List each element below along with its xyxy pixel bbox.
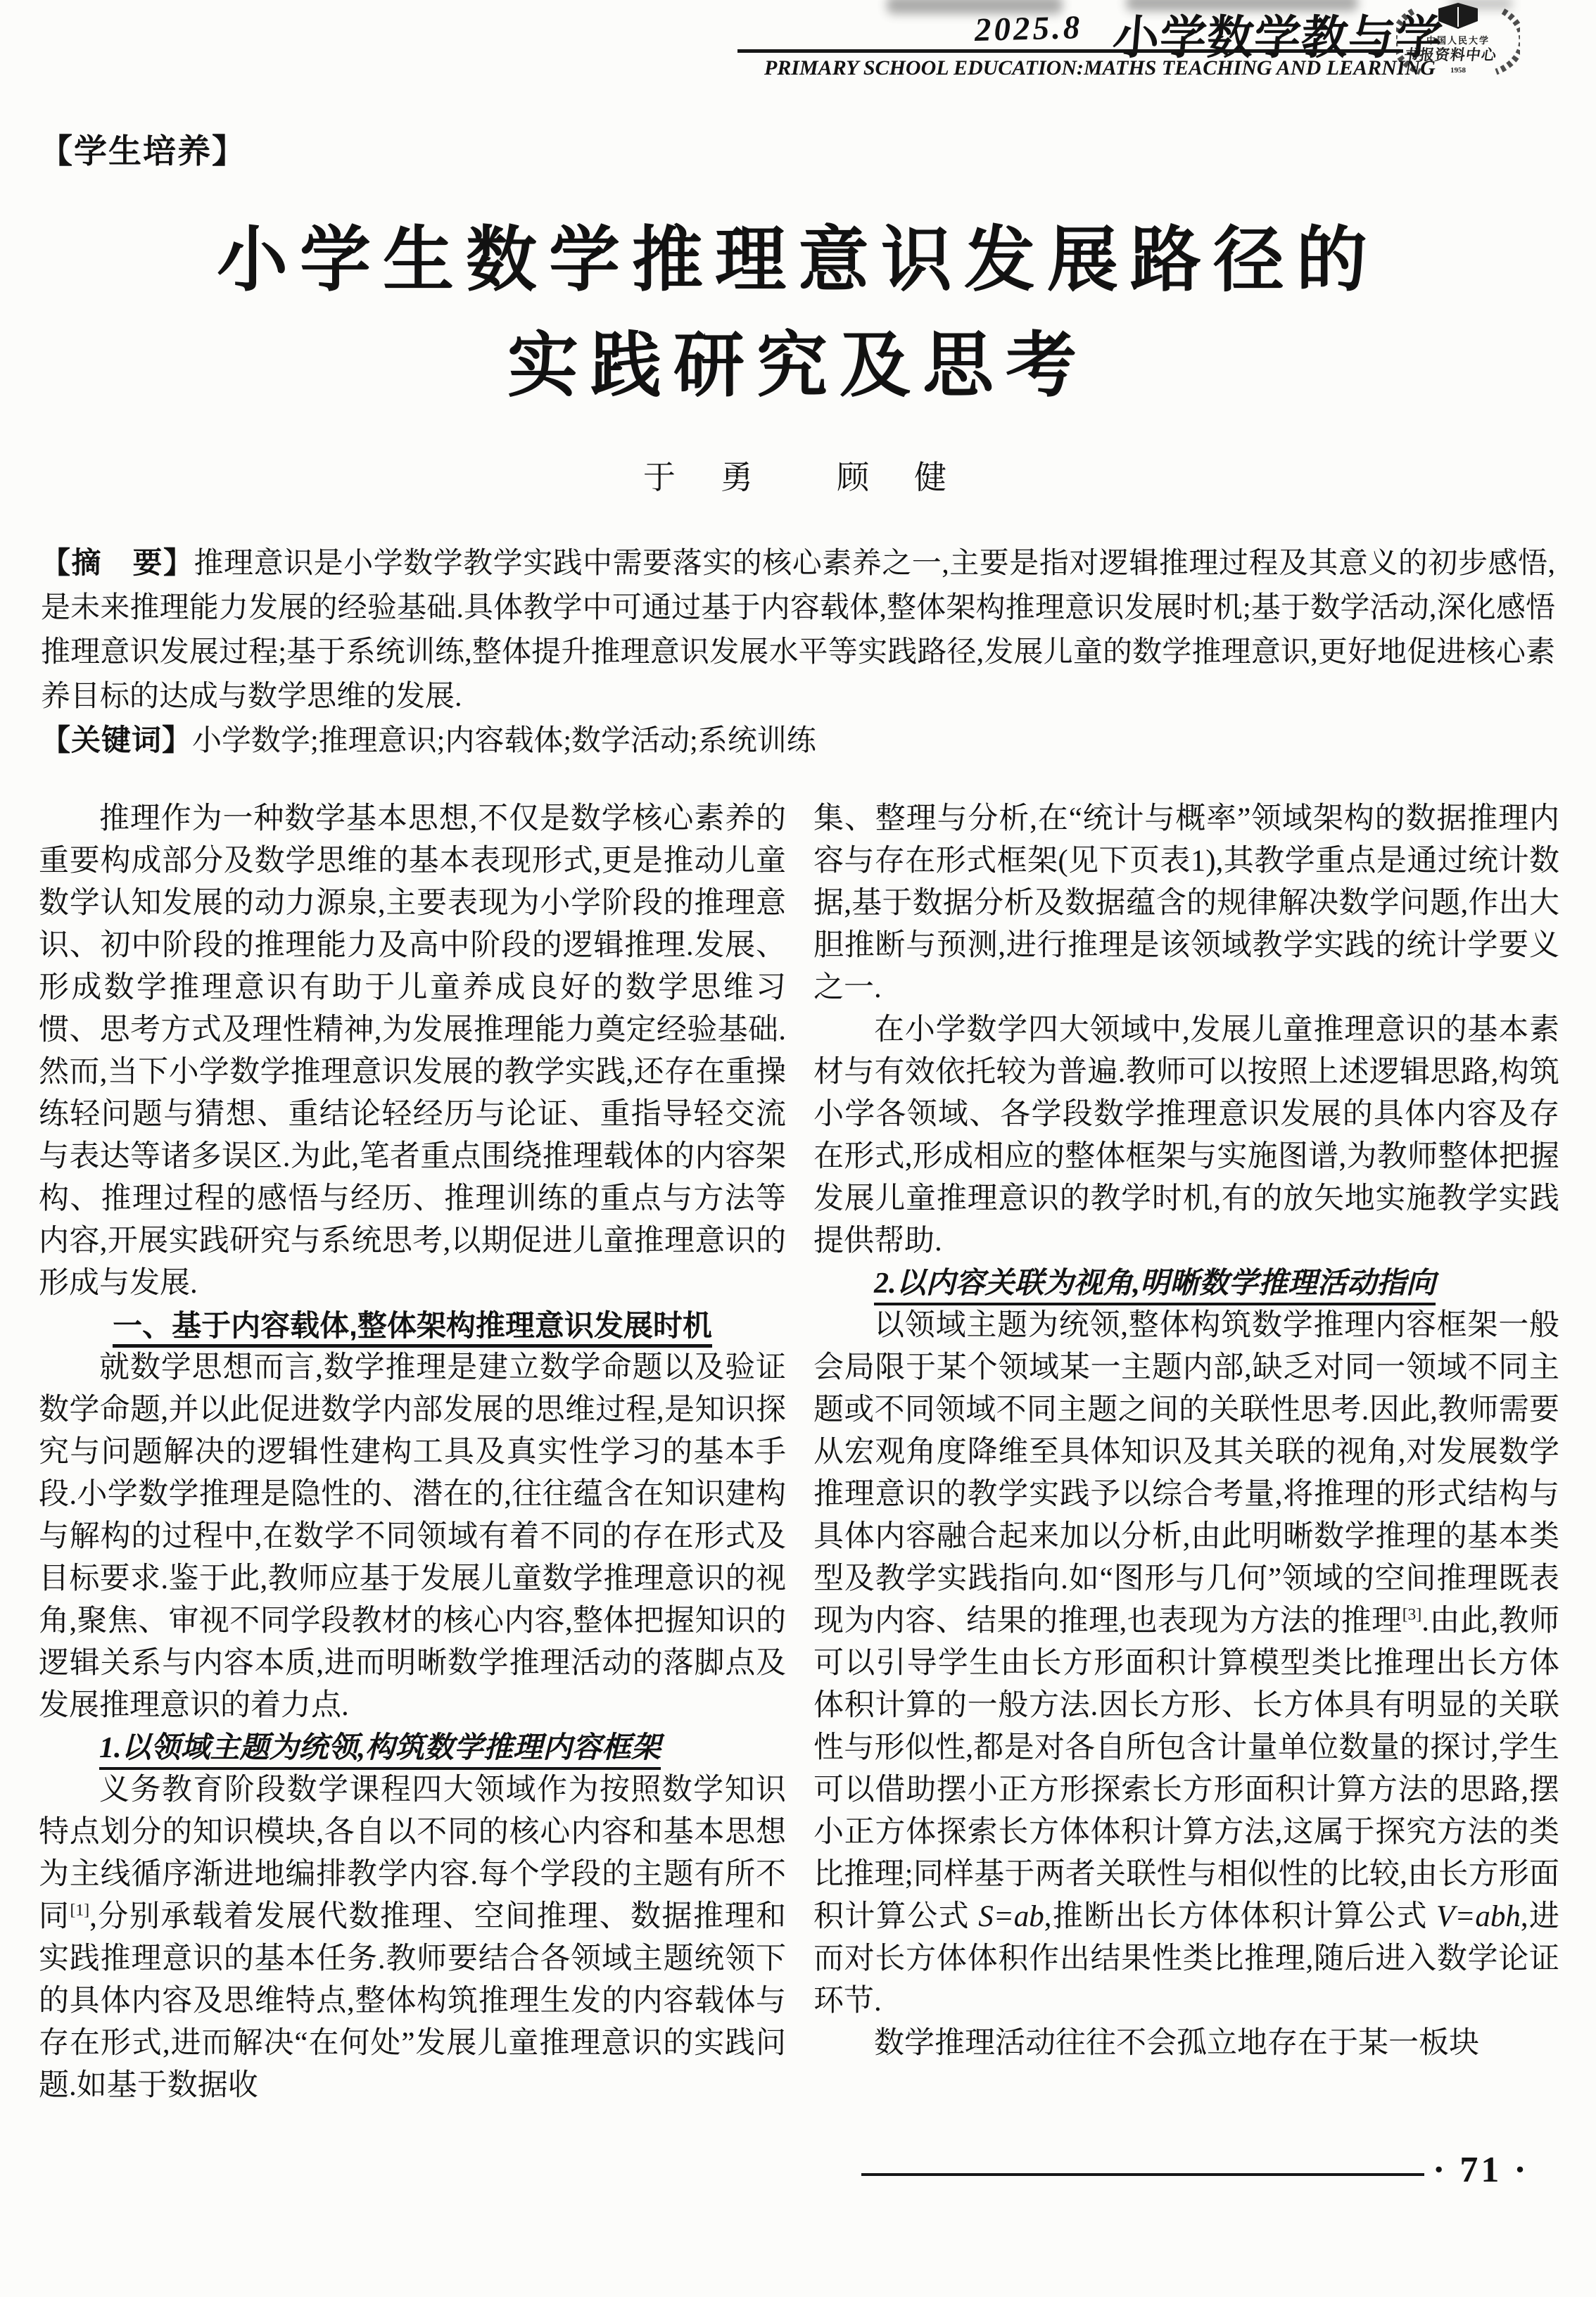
authors: 于 勇 顾 健: [0, 452, 1596, 498]
article-title-line2: 实践研究及思考: [0, 308, 1596, 410]
article-title-line1: 小学生数学推理意识发展路径的: [0, 203, 1596, 305]
paragraph: 集、整理与分析,在“统计与概率”领域架构的数据推理内容与存在形式框架(见下页表1…: [813, 798, 1559, 1009]
journal-page: 2025.8 小学数学教与学 中国人民大学 书报资料中心 1958 PRIMAR…: [0, 0, 1596, 2297]
keywords-text: 小学数学;推理意识;内容载体;数学活动;系统训练: [192, 725, 816, 757]
keywords: 【关键词】小学数学;推理意识;内容载体;数学活动;系统训练: [41, 718, 1555, 764]
subheading: 1.以领域主题为统领,构筑数学推理内容框架: [39, 1727, 786, 1769]
paragraph: 义务教育阶段数学课程四大领域作为按照数学知识特点划分的知识模块,各自以不同的核心…: [39, 1769, 786, 2107]
laurel-right-icon: [1496, 11, 1520, 72]
abstract-text: 推理意识是小学数学教学实践中需要落实的核心素养之一,主要是指对逻辑推理过程及其意…: [41, 548, 1555, 713]
abstract: 【摘 要】推理意识是小学数学教学实践中需要落实的核心素养之一,主要是指对逻辑推理…: [41, 540, 1555, 719]
column-tag: 【学生培养】: [39, 125, 246, 172]
page-number: · 71 ·: [1433, 2149, 1529, 2191]
paragraph: 在小学数学四大领域中,发展儿童推理意识的基本素材与有效依托较为普遍.教师可以按照…: [813, 1009, 1559, 1263]
header-rule: [737, 49, 1403, 53]
body-column-left: 推理作为一种数学基本思想,不仅是数学核心素养的重要构成部分及数学思维的基本表现形…: [39, 798, 786, 2125]
subheading: 2.以内容关联为视角,明晰数学推理活动指向: [813, 1263, 1559, 1305]
body-column-right: 集、整理与分析,在“统计与概率”领域架构的数据推理内容与存在形式框架(见下页表1…: [813, 798, 1559, 2125]
journal-title-en: PRIMARY SCHOOL EDUCATION:MATHS TEACHING …: [764, 56, 1419, 80]
stamp-org: 中国人民大学: [1426, 35, 1490, 46]
issue-date: 2025.8: [974, 8, 1083, 49]
keywords-label: 【关键词】: [41, 723, 192, 757]
stamp-year: 1958: [1450, 66, 1467, 75]
footer-rule: [861, 2173, 1424, 2176]
heading: 一、基于内容载体,整体架构推理意识发展时机: [39, 1305, 786, 1347]
paragraph: 就数学思想而言,数学推理是建立数学命题以及验证数学命题,并以此促进数学内部发展的…: [39, 1347, 786, 1727]
paragraph: 推理作为一种数学基本思想,不仅是数学核心素养的重要构成部分及数学思维的基本表现形…: [39, 798, 786, 1305]
paragraph: 以领域主题为统领,整体构筑数学推理内容框架一般会局限于某个领域某一主题内部,缺乏…: [813, 1305, 1559, 2023]
abstract-label: 【摘 要】: [41, 546, 194, 579]
paragraph: 数学推理活动往往不会孤立地存在于某一板块: [813, 2023, 1559, 2065]
